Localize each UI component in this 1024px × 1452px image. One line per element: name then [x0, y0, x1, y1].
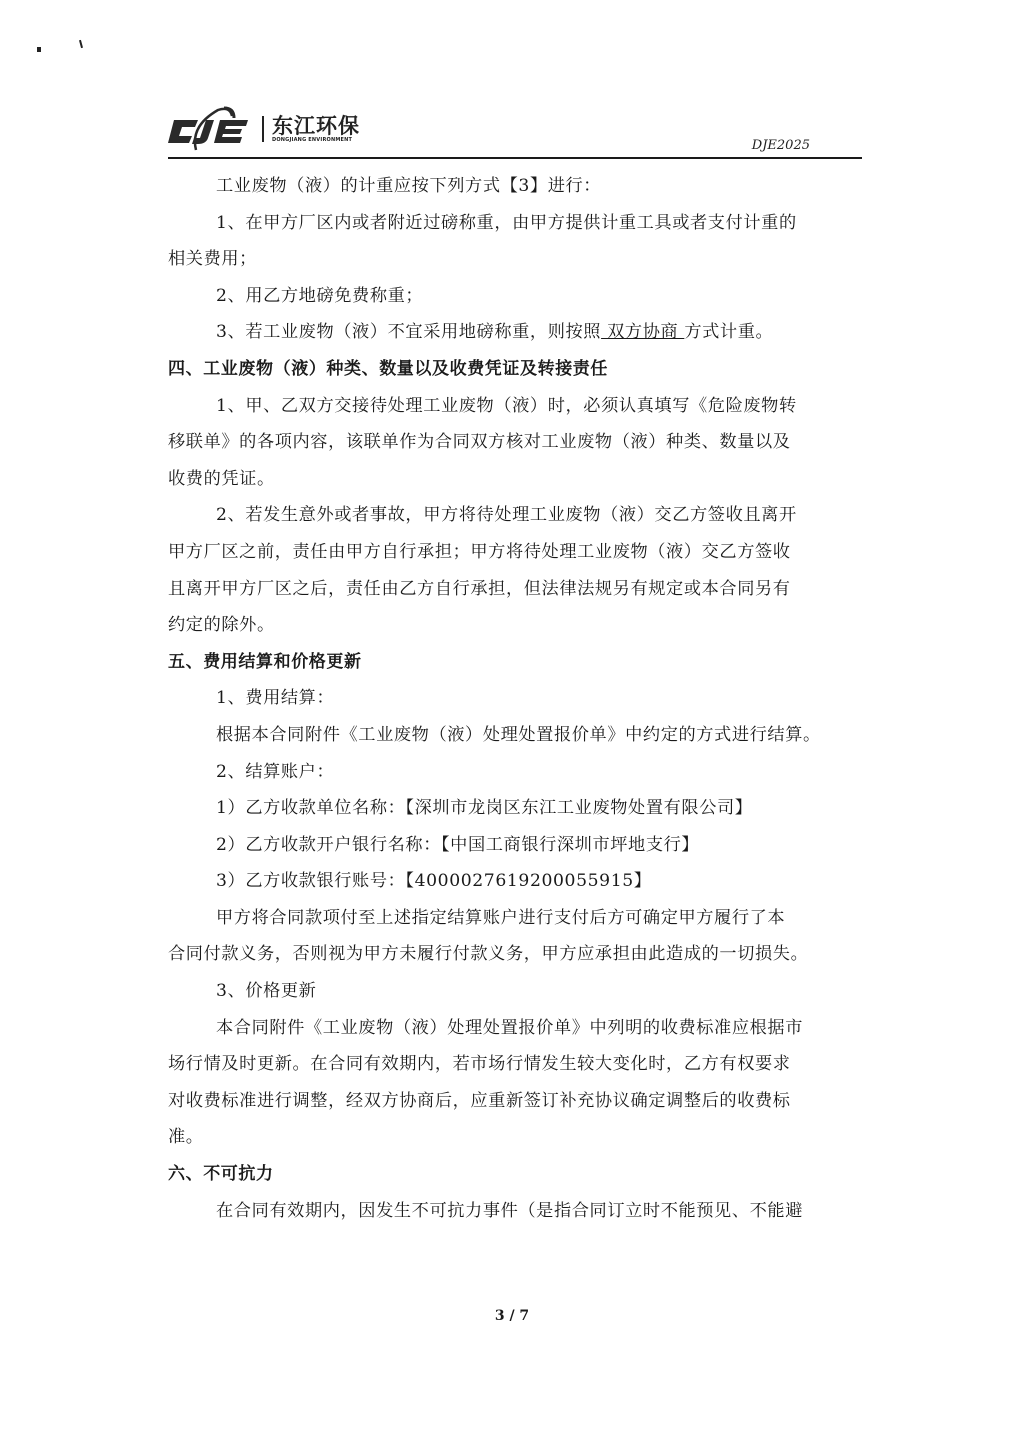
- paragraph: 1、在甲方厂区内或者附近过磅称重，由甲方提供计重工具或者支付计重的: [168, 205, 862, 242]
- paragraph: 相关费用；: [168, 241, 862, 278]
- dje-logo-icon: [168, 106, 256, 152]
- paragraph: 本合同附件《工业废物（液）处理处置报价单》中列明的收费标准应根据市: [168, 1010, 862, 1047]
- document-body: 工业废物（液）的计重应按下列方式【3】进行： 1、在甲方厂区内或者附近过磅称重，…: [168, 168, 862, 1229]
- paragraph: 3、若工业废物（液）不宜采用地磅称重，则按照 双方协商 方式计重。: [168, 314, 862, 351]
- filled-blank: 双方协商: [601, 322, 684, 342]
- paragraph: 2、结算账户：: [168, 754, 862, 791]
- header-rule: [168, 157, 862, 159]
- scan-speck: [37, 47, 41, 52]
- page-header: 东江环保 DONGJIANG ENVIRONMENT DJE2025: [168, 104, 862, 158]
- text: 3、若工业废物（液）不宜采用地磅称重，则按照: [216, 322, 601, 342]
- document-code: DJE2025: [752, 138, 810, 153]
- paragraph: 准。: [168, 1119, 862, 1156]
- page-number: 3 / 7: [0, 1308, 1024, 1324]
- paragraph: 甲方将合同款项付至上述指定结算账户进行支付后方可确定甲方履行了本: [168, 900, 862, 937]
- paragraph: 且离开甲方厂区之后，责任由乙方自行承担，但法律法规另有规定或本合同另有: [168, 571, 862, 608]
- paragraph: 2、若发生意外或者事故，甲方将待处理工业废物（液）交乙方签收且离开: [168, 497, 862, 534]
- paragraph: 1、甲、乙双方交接待处理工业废物（液）时，必须认真填写《危险废物转: [168, 388, 862, 425]
- paragraph: 在合同有效期内，因发生不可抗力事件（是指合同订立时不能预见、不能避: [168, 1193, 862, 1230]
- logo-english-name: DONGJIANG ENVIRONMENT: [272, 137, 360, 144]
- paragraph: 根据本合同附件《工业废物（液）处理处置报价单》中约定的方式进行结算。: [168, 717, 862, 754]
- scan-speck: [79, 40, 83, 48]
- paragraph: 工业废物（液）的计重应按下列方式【3】进行：: [168, 168, 862, 205]
- section-heading-6: 六、不可抗力: [168, 1156, 862, 1193]
- section-heading-5: 五、费用结算和价格更新: [168, 644, 862, 681]
- logo-chinese-name: 东江环保: [272, 115, 360, 137]
- paragraph: 移联单》的各项内容，该联单作为合同双方核对工业废物（液）种类、数量以及: [168, 424, 862, 461]
- account-name: 1）乙方收款单位名称：【深圳市龙岗区东江工业废物处置有限公司】: [168, 790, 862, 827]
- account-bank: 2）乙方收款开户银行名称：【中国工商银行深圳市坪地支行】: [168, 827, 862, 864]
- paragraph: 1、费用结算：: [168, 680, 862, 717]
- text: 方式计重。: [684, 322, 773, 342]
- paragraph: 合同付款义务，否则视为甲方未履行付款义务，甲方应承担由此造成的一切损失。: [168, 936, 862, 973]
- paragraph: 约定的除外。: [168, 607, 862, 644]
- account-number: 3）乙方收款银行账号：【4000027619200055915】: [168, 863, 862, 900]
- paragraph: 场行情及时更新。在合同有效期内，若市场行情发生较大变化时，乙方有权要求: [168, 1046, 862, 1083]
- paragraph: 3、价格更新: [168, 973, 862, 1010]
- paragraph: 收费的凭证。: [168, 461, 862, 498]
- section-heading-4: 四、工业废物（液）种类、数量以及收费凭证及转接责任: [168, 351, 862, 388]
- paragraph: 甲方厂区之前，责任由甲方自行承担；甲方将待处理工业废物（液）交乙方签收: [168, 534, 862, 571]
- logo-divider: [262, 116, 264, 142]
- company-logo: 东江环保 DONGJIANG ENVIRONMENT: [168, 104, 360, 154]
- paragraph: 对收费标准进行调整，经双方协商后，应重新签订补充协议确定调整后的收费标: [168, 1083, 862, 1120]
- paragraph: 2、用乙方地磅免费称重；: [168, 278, 862, 315]
